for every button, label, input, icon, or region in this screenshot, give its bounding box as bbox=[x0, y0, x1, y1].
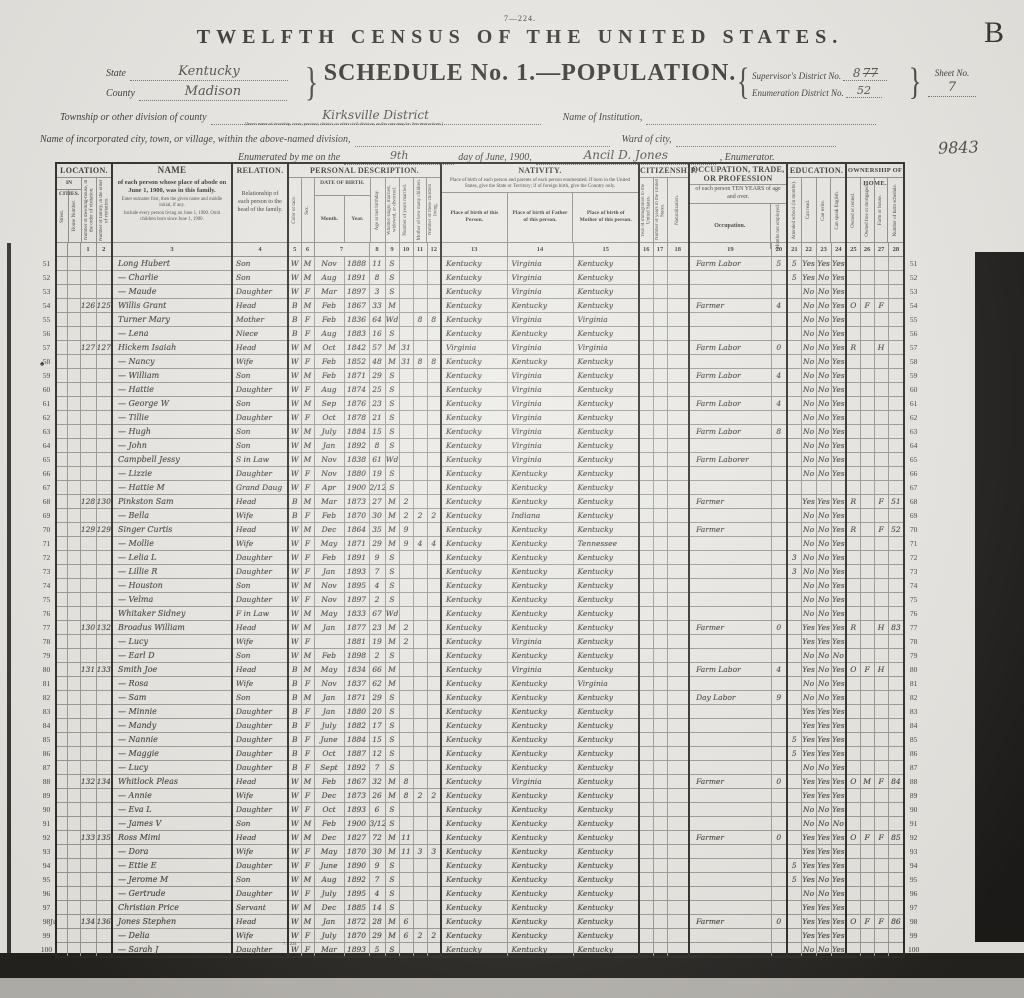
cell bbox=[771, 383, 787, 397]
cell bbox=[874, 355, 888, 369]
cell: Nov bbox=[314, 593, 344, 607]
cell bbox=[689, 383, 771, 397]
cell bbox=[860, 383, 874, 397]
occupation-title: OCCUPATION, TRADE, OR PROFESSION bbox=[690, 164, 786, 185]
cell: Kentucky bbox=[573, 327, 639, 341]
cell bbox=[860, 705, 874, 719]
cell bbox=[846, 803, 860, 817]
cell: Virginia bbox=[507, 411, 573, 425]
cell: Yes bbox=[801, 831, 816, 845]
cell bbox=[860, 817, 874, 831]
cell bbox=[399, 453, 413, 467]
cell bbox=[846, 509, 860, 523]
cell: Jan bbox=[314, 705, 344, 719]
cell bbox=[667, 691, 689, 705]
cell bbox=[874, 509, 888, 523]
cell bbox=[888, 733, 904, 747]
cell: Yes bbox=[831, 523, 846, 537]
cell bbox=[846, 411, 860, 425]
cell: Daughter bbox=[232, 733, 288, 747]
ownership-header: OWNERSHIP OF HOME. Owned or rented. Owne… bbox=[846, 163, 904, 243]
cell bbox=[96, 887, 112, 901]
cell: M bbox=[301, 901, 314, 915]
cell: F bbox=[301, 411, 314, 425]
cell bbox=[846, 845, 860, 859]
cell bbox=[427, 733, 441, 747]
cell bbox=[413, 425, 427, 439]
cell: 17 bbox=[369, 719, 385, 733]
table-row: 88132134Whitlock PleasHeadWMFeb186732M8K… bbox=[38, 775, 922, 789]
cell: 1883 bbox=[344, 327, 369, 341]
cell: Yes bbox=[816, 845, 831, 859]
cell: M bbox=[385, 509, 399, 523]
cell: Whitaker Sidney bbox=[112, 607, 232, 621]
cell bbox=[860, 453, 874, 467]
cell: 136 bbox=[96, 915, 112, 929]
cell: M bbox=[301, 453, 314, 467]
column-number: 2 bbox=[96, 243, 112, 257]
cell bbox=[67, 691, 80, 705]
cell: M bbox=[301, 579, 314, 593]
cell bbox=[846, 327, 860, 341]
cell bbox=[888, 369, 904, 383]
cell: Kentucky bbox=[441, 845, 507, 859]
cell bbox=[67, 327, 80, 341]
cell: Kentucky bbox=[573, 523, 639, 537]
cell bbox=[787, 341, 801, 355]
cell bbox=[689, 285, 771, 299]
cell bbox=[888, 929, 904, 943]
cell bbox=[667, 299, 689, 313]
cell: Yes bbox=[801, 271, 816, 285]
cell bbox=[860, 649, 874, 663]
cell: Kentucky bbox=[441, 523, 507, 537]
cell: Tennessee bbox=[573, 537, 639, 551]
cell: 9 bbox=[771, 691, 787, 705]
cell: 2 bbox=[399, 621, 413, 635]
cell: Kentucky bbox=[573, 635, 639, 649]
column-number: 28 bbox=[888, 243, 904, 257]
cell bbox=[667, 411, 689, 425]
cell bbox=[846, 397, 860, 411]
cell: — Hattie M bbox=[112, 481, 232, 495]
cell: Yes bbox=[831, 901, 846, 915]
cell bbox=[667, 257, 689, 271]
column-number: 22 bbox=[801, 243, 816, 257]
cell bbox=[56, 383, 67, 397]
cell: Kentucky bbox=[507, 789, 573, 803]
cell: Son bbox=[232, 425, 288, 439]
cell: Wd bbox=[385, 453, 399, 467]
state-county-block: State Kentucky County Madison bbox=[106, 62, 306, 102]
cell: Head bbox=[232, 915, 288, 929]
cell bbox=[667, 425, 689, 439]
table-row: 56— LenaNieceBFAug188316SKentuckyKentuck… bbox=[38, 327, 922, 341]
cell: May bbox=[314, 663, 344, 677]
cell bbox=[860, 355, 874, 369]
cell: Kentucky bbox=[441, 733, 507, 747]
cell bbox=[689, 789, 771, 803]
cell bbox=[888, 803, 904, 817]
cell bbox=[413, 453, 427, 467]
cell bbox=[771, 593, 787, 607]
cell bbox=[874, 901, 888, 915]
cell bbox=[846, 439, 860, 453]
cell bbox=[874, 859, 888, 873]
column-number: 23 bbox=[816, 243, 831, 257]
cell: F bbox=[301, 313, 314, 327]
cell bbox=[56, 257, 67, 271]
cell bbox=[653, 733, 667, 747]
cell bbox=[399, 719, 413, 733]
nativity-title: NATIVITY. bbox=[442, 164, 638, 177]
cell bbox=[399, 733, 413, 747]
cell bbox=[667, 943, 689, 958]
cell bbox=[874, 327, 888, 341]
cell bbox=[413, 761, 427, 775]
cell bbox=[413, 397, 427, 411]
cell: S bbox=[385, 747, 399, 761]
cell bbox=[67, 579, 80, 593]
cell bbox=[96, 705, 112, 719]
cell: F bbox=[860, 831, 874, 845]
cell bbox=[689, 327, 771, 341]
cell: No bbox=[801, 817, 816, 831]
cell: Yes bbox=[801, 789, 816, 803]
cell bbox=[667, 635, 689, 649]
cell: F bbox=[301, 509, 314, 523]
footer-form-mark: 7—224 bbox=[283, 941, 297, 946]
cell: W bbox=[288, 859, 301, 873]
cell: — Sam bbox=[112, 691, 232, 705]
cell: F bbox=[301, 593, 314, 607]
cell bbox=[67, 285, 80, 299]
cell: 134 bbox=[96, 775, 112, 789]
cell: Kentucky bbox=[573, 845, 639, 859]
cell: Yes bbox=[831, 719, 846, 733]
cell: R bbox=[846, 495, 860, 509]
cell bbox=[846, 733, 860, 747]
cell bbox=[860, 467, 874, 481]
name-header: NAME of each person whose place of abode… bbox=[112, 163, 232, 243]
cell: Kentucky bbox=[573, 257, 639, 271]
personal-description-header: PERSONAL DESCRIPTION. Color or race. Sex… bbox=[288, 163, 441, 243]
cell: W bbox=[288, 481, 301, 495]
cell bbox=[816, 481, 831, 495]
cell bbox=[667, 901, 689, 915]
cell: Kentucky bbox=[441, 467, 507, 481]
cell bbox=[846, 859, 860, 873]
cell bbox=[667, 383, 689, 397]
cell: Feb bbox=[314, 369, 344, 383]
cell bbox=[860, 859, 874, 873]
cell: S bbox=[385, 761, 399, 775]
cell: W bbox=[288, 537, 301, 551]
cell: W bbox=[288, 551, 301, 565]
census-table: LOCATION. IN CITIES. Street. House Numbe… bbox=[38, 162, 922, 958]
cell: Son bbox=[232, 369, 288, 383]
cell: Head bbox=[232, 341, 288, 355]
cell bbox=[56, 537, 67, 551]
institution-label: Name of Institution, bbox=[563, 112, 643, 123]
cell bbox=[67, 439, 80, 453]
cell bbox=[860, 677, 874, 691]
cell bbox=[888, 327, 904, 341]
cell bbox=[639, 845, 653, 859]
column-number: 13 bbox=[441, 243, 507, 257]
cell: No bbox=[816, 579, 831, 593]
cell: Yes bbox=[801, 775, 816, 789]
cell: No bbox=[801, 425, 816, 439]
line-number-right: 96 bbox=[904, 887, 922, 901]
cell bbox=[874, 271, 888, 285]
cell bbox=[771, 523, 787, 537]
cell: Kentucky bbox=[507, 803, 573, 817]
cell bbox=[689, 649, 771, 663]
cell bbox=[689, 411, 771, 425]
cell: Virginia bbox=[507, 341, 573, 355]
ink-mark: ♠ bbox=[40, 357, 44, 369]
cell: Kentucky bbox=[573, 929, 639, 943]
line-number-left: 68 bbox=[38, 495, 56, 509]
cell: M bbox=[385, 299, 399, 313]
cell: 4 bbox=[369, 887, 385, 901]
citizenship-title: CITIZENSHIP. bbox=[640, 164, 688, 178]
cell bbox=[399, 649, 413, 663]
cell: F bbox=[301, 481, 314, 495]
cell: 31 bbox=[399, 341, 413, 355]
cell: 8 bbox=[771, 425, 787, 439]
cell bbox=[56, 397, 67, 411]
line-number-right: 66 bbox=[904, 467, 922, 481]
cell bbox=[787, 887, 801, 901]
cell bbox=[413, 677, 427, 691]
cell bbox=[787, 383, 801, 397]
cell bbox=[639, 915, 653, 929]
cell: S bbox=[385, 327, 399, 341]
cell bbox=[67, 537, 80, 551]
cell: No bbox=[816, 509, 831, 523]
cell bbox=[874, 257, 888, 271]
cell bbox=[80, 579, 96, 593]
cell: W bbox=[288, 411, 301, 425]
cell: Yes bbox=[816, 733, 831, 747]
cell: Kentucky bbox=[441, 313, 507, 327]
cell bbox=[67, 747, 80, 761]
cell bbox=[874, 593, 888, 607]
cell: Oct bbox=[314, 411, 344, 425]
cell: W bbox=[288, 845, 301, 859]
enumerator-name: Ancil D. Jones bbox=[584, 148, 668, 162]
line-number-left: 73 bbox=[38, 565, 56, 579]
cell: Yes bbox=[831, 831, 846, 845]
cell bbox=[67, 817, 80, 831]
cell: 1887 bbox=[344, 747, 369, 761]
cell: M bbox=[385, 341, 399, 355]
cell: Daughter bbox=[232, 943, 288, 958]
cell: B bbox=[288, 495, 301, 509]
cell: Farm Labor bbox=[689, 257, 771, 271]
stamp-number: 9843 bbox=[938, 137, 979, 157]
cell: Kentucky bbox=[441, 747, 507, 761]
cell bbox=[689, 845, 771, 859]
cell: W bbox=[288, 915, 301, 929]
cell: No bbox=[801, 299, 816, 313]
cell: Virginia bbox=[507, 257, 573, 271]
cell: Kentucky bbox=[441, 439, 507, 453]
mother-children-col-label: Mother of how many children. bbox=[417, 179, 423, 240]
cell bbox=[639, 761, 653, 775]
cell bbox=[67, 355, 80, 369]
cell bbox=[80, 369, 96, 383]
cell bbox=[639, 691, 653, 705]
table-row: 70129129Singer CurtisHeadWMDec186435M9Ke… bbox=[38, 523, 922, 537]
cell bbox=[771, 649, 787, 663]
cell: Yes bbox=[831, 411, 846, 425]
cell: W bbox=[288, 271, 301, 285]
cell bbox=[860, 285, 874, 299]
line-number-left: 85 bbox=[38, 733, 56, 747]
cell bbox=[653, 915, 667, 929]
cell bbox=[653, 369, 667, 383]
cell: 5 bbox=[787, 271, 801, 285]
cell: 4 bbox=[369, 579, 385, 593]
cell: 8 bbox=[413, 313, 427, 327]
cell: Feb bbox=[314, 649, 344, 663]
cell: Son bbox=[232, 691, 288, 705]
cell bbox=[874, 481, 888, 495]
cell bbox=[831, 481, 846, 495]
line-number-right: 78 bbox=[904, 635, 922, 649]
cell bbox=[653, 607, 667, 621]
cell bbox=[689, 635, 771, 649]
cell: Kentucky bbox=[441, 383, 507, 397]
cell: 9 bbox=[369, 859, 385, 873]
cell bbox=[860, 691, 874, 705]
cell: Son bbox=[232, 649, 288, 663]
cell: No bbox=[801, 523, 816, 537]
supervisor-crossed-value: 77 bbox=[863, 66, 878, 80]
cell: Oct bbox=[314, 341, 344, 355]
cell bbox=[653, 439, 667, 453]
cell: Daughter bbox=[232, 705, 288, 719]
cell: Farm Labor bbox=[689, 341, 771, 355]
line-number-right: 55 bbox=[904, 313, 922, 327]
scan-edge-bottom-gray bbox=[0, 978, 1024, 998]
cell bbox=[689, 313, 771, 327]
cell bbox=[787, 397, 801, 411]
cell: 23 bbox=[369, 621, 385, 635]
table-row: 90— Eva LDaughterWFOct18936SKentuckyKent… bbox=[38, 803, 922, 817]
cell bbox=[860, 733, 874, 747]
cell: Yes bbox=[801, 747, 816, 761]
cell: M bbox=[385, 495, 399, 509]
cell bbox=[56, 495, 67, 509]
cell: 126 bbox=[80, 299, 96, 313]
cell bbox=[639, 383, 653, 397]
cell: Kentucky bbox=[507, 677, 573, 691]
cell bbox=[427, 341, 441, 355]
cell: F bbox=[301, 929, 314, 943]
cell: 1891 bbox=[344, 551, 369, 565]
cell bbox=[80, 607, 96, 621]
line-number-left: 91 bbox=[38, 817, 56, 831]
table-row: 84— MandyDaughterBFJuly188217SKentuckyKe… bbox=[38, 719, 922, 733]
cell bbox=[96, 691, 112, 705]
cell bbox=[860, 257, 874, 271]
cell bbox=[67, 621, 80, 635]
cell: Mar bbox=[314, 943, 344, 958]
cell bbox=[846, 817, 860, 831]
cell: M bbox=[301, 397, 314, 411]
table-row: 100— Sarah JDaughterWFMar18935SKentuckyK… bbox=[38, 943, 922, 958]
cell: S bbox=[385, 551, 399, 565]
table-row: 89— AnnieWifeWFDec187326M822KentuckyKent… bbox=[38, 789, 922, 803]
cell: No bbox=[816, 943, 831, 958]
cell: 19 bbox=[369, 467, 385, 481]
column-number: 4 bbox=[232, 243, 288, 257]
cell bbox=[667, 523, 689, 537]
cell bbox=[771, 901, 787, 915]
line-number-right: 64 bbox=[904, 439, 922, 453]
cell bbox=[639, 523, 653, 537]
citizenship-header: CITIZENSHIP. Year of immigration to the … bbox=[639, 163, 689, 243]
cell bbox=[67, 789, 80, 803]
line-number-right: 98 bbox=[904, 915, 922, 929]
cell bbox=[427, 397, 441, 411]
cell bbox=[639, 467, 653, 481]
cell: F bbox=[301, 467, 314, 481]
occupation-desc: of each person TEN YEARS of age and over… bbox=[690, 185, 786, 203]
cell: 1876 bbox=[344, 397, 369, 411]
cell bbox=[639, 327, 653, 341]
line-number-left: 74 bbox=[38, 579, 56, 593]
cell: Yes bbox=[816, 495, 831, 509]
cell bbox=[639, 803, 653, 817]
cell bbox=[860, 369, 874, 383]
cell bbox=[80, 565, 96, 579]
cell: Pinkston Sam bbox=[112, 495, 232, 509]
cell: July bbox=[314, 425, 344, 439]
cell: — Tillie bbox=[112, 411, 232, 425]
cell bbox=[888, 635, 904, 649]
cell: Kentucky bbox=[573, 565, 639, 579]
cell bbox=[67, 943, 80, 958]
cell bbox=[667, 873, 689, 887]
cell: Kentucky bbox=[507, 551, 573, 565]
cell: M bbox=[860, 775, 874, 789]
cell: No bbox=[816, 467, 831, 481]
cell bbox=[787, 719, 801, 733]
cell bbox=[787, 635, 801, 649]
cell bbox=[639, 747, 653, 761]
cell bbox=[80, 761, 96, 775]
line-number-left: 82 bbox=[38, 691, 56, 705]
cell bbox=[67, 425, 80, 439]
cell: No bbox=[816, 803, 831, 817]
family-col-label: Number of family, in the order of visita… bbox=[99, 179, 110, 241]
line-number-right: 86 bbox=[904, 747, 922, 761]
cell: Dec bbox=[314, 901, 344, 915]
cell: Smith Joe bbox=[112, 663, 232, 677]
cell: M bbox=[301, 495, 314, 509]
cell: — Gertrude bbox=[112, 887, 232, 901]
table-row: 63— HughSonWMJuly188415SKentuckyVirginia… bbox=[38, 425, 922, 439]
cell bbox=[771, 943, 787, 958]
line-number-right: 83 bbox=[904, 705, 922, 719]
cell: Kentucky bbox=[573, 691, 639, 705]
cell bbox=[427, 565, 441, 579]
